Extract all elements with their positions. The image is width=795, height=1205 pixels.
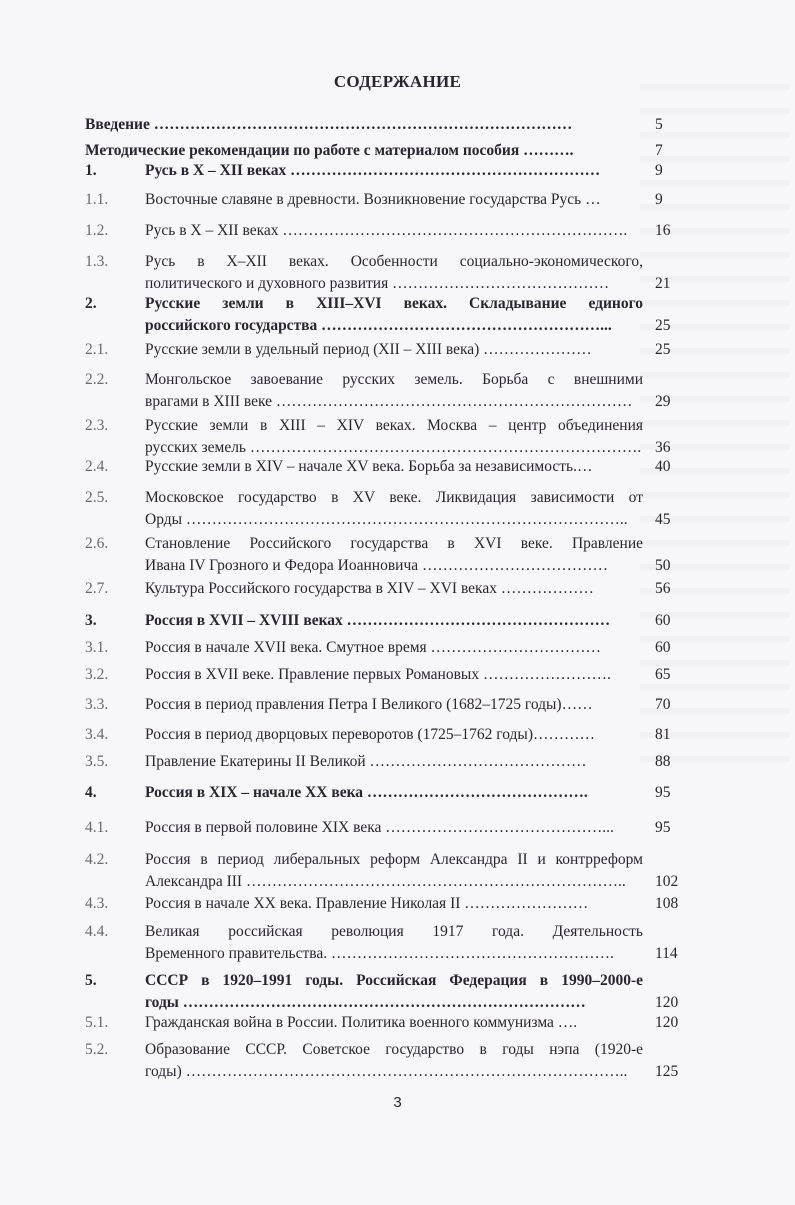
toc-entry-title: врагами в XIII веке ……………………………………………………… xyxy=(145,393,643,411)
page-title: СОДЕРЖАНИЕ xyxy=(0,72,795,92)
toc-entry: 2.3.Русские земли в XIII – XIV веках. Мо… xyxy=(0,417,795,461)
toc-entry-page: 102 xyxy=(655,873,678,891)
toc-entry-title: Россия в XIX – начале XX века …………………………… xyxy=(145,784,643,802)
toc-entry-title: Орды ………………………………………………………………………….. xyxy=(145,511,643,529)
toc-entry: 3.5.Правление Екатерины II Великой ……………… xyxy=(0,753,795,775)
toc-entry-title: Александра III ……………………………………………………………….… xyxy=(145,873,643,891)
toc-entry-title: политического и духовного развития ……………… xyxy=(145,275,643,293)
toc-entry-number: 2.7. xyxy=(85,580,108,598)
toc-entry-page: 56 xyxy=(655,580,671,598)
toc-entry-title: Русские земли в XIII – XIV веках. Москва… xyxy=(145,417,643,435)
toc-entry-title: Ивана IV Грозного и Федора Иоанновича ……… xyxy=(145,557,643,575)
toc-entry: 2.7.Культура Российского государства в X… xyxy=(0,580,795,602)
toc-entry-title: Гражданская война в России. Политика вое… xyxy=(145,1014,643,1032)
toc-entry-number: 1. xyxy=(85,162,97,180)
toc-entry-title: Культура Российского государства в XIV –… xyxy=(145,580,643,598)
toc-entry-title: Становление Российского государства в XV… xyxy=(145,535,643,553)
toc-entry-number: 2.6. xyxy=(85,535,108,553)
toc-entry-number: 5.2. xyxy=(85,1041,108,1059)
toc-entry-number: 2.4. xyxy=(85,458,108,476)
toc-entry-page: 25 xyxy=(655,317,671,335)
toc-entry: 4.Россия в XIX – начале XX века ……………………… xyxy=(0,784,795,806)
toc-entry-number: 1.1. xyxy=(85,191,108,209)
toc-entry: 2.1.Русские земли в удельный период (XII… xyxy=(0,341,795,363)
toc-entry-title: Временного правительства. ……………………………………… xyxy=(145,945,643,963)
toc-entry: 5.2.Образование СССР. Советское государс… xyxy=(0,1041,795,1085)
toc-entry-title: Россия в период либеральных реформ Алекс… xyxy=(145,851,643,869)
toc-entry: 4.2.Россия в период либеральных реформ А… xyxy=(0,851,795,895)
toc-entry-number: 2. xyxy=(85,295,97,313)
toc-entry-title: Россия в XVII – XVIII веках ………………………………… xyxy=(145,612,643,630)
toc-entry-number: 3.4. xyxy=(85,726,108,744)
toc-entry-page: 95 xyxy=(655,819,671,837)
toc-entry-title: российского государства …………………………………………… xyxy=(145,317,643,335)
toc-entry-title: Русь в X – XII веках …………………………………………………… xyxy=(145,222,643,240)
toc-entry-number: 3.1. xyxy=(85,639,108,657)
toc-entry-page: 88 xyxy=(655,753,671,771)
toc-entry-page: 29 xyxy=(655,393,671,411)
toc-entry-title: СССР в 1920–1991 годы. Российская Федера… xyxy=(145,972,643,990)
toc-entry: 1.2.Русь в X – XII веках ………………………………………… xyxy=(0,222,795,244)
toc-entry-number: 4.1. xyxy=(85,819,108,837)
toc-entry-title: Правление Екатерины II Великой ………………………… xyxy=(145,753,643,771)
toc-entry-page: 50 xyxy=(655,557,671,575)
toc-entry-title: годы …………………………………………………………………… xyxy=(145,994,643,1012)
toc-entry-number: 5. xyxy=(85,972,97,990)
toc-entry-title: русских земель …………………………………………………………………… xyxy=(145,439,643,457)
toc-entry-title: Восточные славяне в древности. Возникнов… xyxy=(145,191,643,209)
toc-entry-number: 2.5. xyxy=(85,489,108,507)
toc-entry: 5.СССР в 1920–1991 годы. Российская Феде… xyxy=(0,972,795,1016)
toc-entry: 5.1.Гражданская война в России. Политика… xyxy=(0,1014,795,1036)
toc-entry: 4.3.Россия в начале XX века. Правление Н… xyxy=(0,895,795,917)
toc-entry-page: 9 xyxy=(655,191,663,209)
toc-entry-page: 120 xyxy=(655,994,678,1012)
toc-entry-page: 36 xyxy=(655,439,671,457)
toc-entry-page: 114 xyxy=(655,945,678,963)
toc-entry: 4.1.Россия в первой половине XIX века ……… xyxy=(0,819,795,841)
toc-entry: 1.3.Русь в X–XII веках. Особенности соци… xyxy=(0,253,795,297)
toc-entry-title: Россия в период правления Петра I Велико… xyxy=(145,696,643,714)
toc-entry: 2.Русские земли в XIII–XVI веках. Склады… xyxy=(0,295,795,339)
toc-entry-page: 9 xyxy=(655,162,663,180)
toc-entry-number: 1.3. xyxy=(85,253,108,271)
toc-entry-title: Методические рекомендации по работе с ма… xyxy=(85,142,643,160)
toc-entry-title: Россия в XVII веке. Правление первых Ром… xyxy=(145,666,643,684)
toc-entry-page: 5 xyxy=(655,116,663,134)
toc-entry-number: 4.3. xyxy=(85,895,108,913)
toc-entry-page: 7 xyxy=(655,142,663,160)
page-number: 3 xyxy=(0,1094,795,1111)
toc-entry-number: 3. xyxy=(85,612,97,630)
toc-entry-page: 81 xyxy=(655,726,671,744)
toc-entry-number: 2.2. xyxy=(85,371,108,389)
toc-entry-page: 65 xyxy=(655,666,671,684)
toc-entry-number: 4.2. xyxy=(85,851,108,869)
toc-entry: 3.2.Россия в XVII веке. Правление первых… xyxy=(0,666,795,688)
toc-entry-title: Россия в начале XVII века. Смутное время… xyxy=(145,639,643,657)
toc-entry-number: 3.3. xyxy=(85,696,108,714)
toc-entry-number: 3.5. xyxy=(85,753,108,771)
toc-entry-number: 2.3. xyxy=(85,417,108,435)
toc-entry: 2.6.Становление Российского государства … xyxy=(0,535,795,579)
toc-entry: Введение ………………………………………………………………………5 xyxy=(0,116,795,138)
toc-entry-title: Русские земли в удельный период (XII – X… xyxy=(145,341,643,359)
toc-entry: 3.4.Россия в период дворцовых переворото… xyxy=(0,726,795,748)
toc-entry: 3.Россия в XVII – XVIII веках …………………………… xyxy=(0,612,795,634)
toc-entry: 2.5.Московское государство в XV веке. Ли… xyxy=(0,489,795,533)
toc-entry-page: 95 xyxy=(655,784,671,802)
toc-entry-number: 4.4. xyxy=(85,923,108,941)
toc-entry-title: Россия в начале XX века. Правление Никол… xyxy=(145,895,643,913)
toc-entry-title: Россия в период дворцовых переворотов (1… xyxy=(145,726,643,744)
toc-entry-number: 5.1. xyxy=(85,1014,108,1032)
toc-entry-title: Русские земли в XIII–XVI веках. Складыва… xyxy=(145,295,643,313)
toc-entry-title: Великая российская революция 1917 года. … xyxy=(145,923,643,941)
toc-entry-page: 125 xyxy=(655,1063,678,1081)
toc-entry: 1.1.Восточные славяне в древности. Возни… xyxy=(0,191,795,213)
toc-entry-page: 120 xyxy=(655,1014,678,1032)
toc-entry: 1.Русь в X – XII веках ……………………………………………… xyxy=(0,162,795,184)
toc-entry-title: Монгольское завоевание русских земель. Б… xyxy=(145,371,643,389)
toc-entry-page: 25 xyxy=(655,341,671,359)
toc-entry-title: Образование СССР. Советское государство … xyxy=(145,1041,643,1059)
toc-entry: 2.2.Монгольское завоевание русских земел… xyxy=(0,371,795,415)
toc-entry-number: 3.2. xyxy=(85,666,108,684)
toc-entry: 4.4.Великая российская революция 1917 го… xyxy=(0,923,795,967)
toc-entry-page: 60 xyxy=(655,639,671,657)
toc-entry-page: 21 xyxy=(655,275,671,293)
toc-entry-page: 60 xyxy=(655,612,671,630)
toc-entry-page: 16 xyxy=(655,222,671,240)
toc-entry-title: Русские земли в XIV – начале XV века. Бо… xyxy=(145,458,643,476)
toc-entry: Методические рекомендации по работе с ма… xyxy=(0,142,795,164)
toc-entry-title: Россия в первой половине XIX века ………………… xyxy=(145,819,643,837)
toc-entry-title: Русь в X–XII веках. Особенности социальн… xyxy=(145,253,643,271)
toc-entry: 3.1.Россия в начале XVII века. Смутное в… xyxy=(0,639,795,661)
toc-entry: 2.4.Русские земли в XIV – начале XV века… xyxy=(0,458,795,480)
toc-entry-title: Московское государство в XV веке. Ликвид… xyxy=(145,489,643,507)
toc-entry-number: 2.1. xyxy=(85,341,108,359)
toc-entry-page: 40 xyxy=(655,458,671,476)
toc-entry-title: Русь в X – XII веках …………………………………………………… xyxy=(145,162,643,180)
toc-entry-title: Введение ……………………………………………………………………… xyxy=(85,116,643,134)
toc-entry-number: 1.2. xyxy=(85,222,108,240)
toc-entry-number: 4. xyxy=(85,784,97,802)
toc-entry-title: годы) ………………………………………………………………………….. xyxy=(145,1063,643,1081)
toc-entry-page: 45 xyxy=(655,511,671,529)
toc-entry-page: 108 xyxy=(655,895,678,913)
toc-entry-page: 70 xyxy=(655,696,671,714)
toc-entry: 3.3.Россия в период правления Петра I Ве… xyxy=(0,696,795,718)
